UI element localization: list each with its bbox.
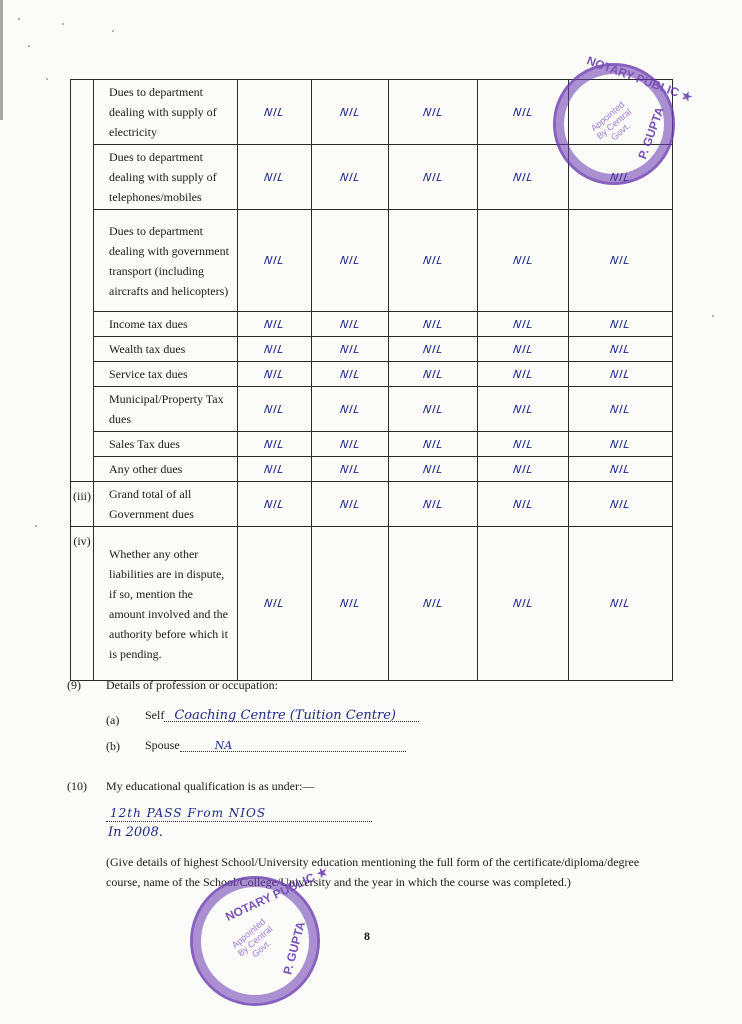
value-cell: NIL: [389, 527, 478, 681]
handwritten-value: NIL: [609, 315, 632, 335]
section-9-title: Details of profession or occupation:: [106, 678, 278, 693]
self-occupation-field: Self Coaching Centre (Tuition Centre): [145, 708, 445, 724]
value-cell: NIL: [569, 337, 673, 362]
value-cell: NIL: [312, 80, 389, 145]
value-cell: NIL: [478, 387, 569, 432]
stamp-ring-text: NOTARY PUBLIC ★: [585, 53, 694, 104]
table-row: (iv)Whether any other liabilities are in…: [71, 527, 673, 681]
value-cell: NIL: [238, 362, 312, 387]
row-label: Whether any other liabilities are in dis…: [94, 527, 238, 681]
value-cell: NIL: [389, 457, 478, 482]
handwritten-value: NIL: [338, 460, 361, 480]
value-cell: NIL: [569, 432, 673, 457]
row-label: Dues to department dealing with supply o…: [94, 145, 238, 210]
scan-speck: [35, 525, 37, 527]
value-cell: NIL: [389, 210, 478, 312]
value-cell: NIL: [238, 80, 312, 145]
handwritten-value: NIL: [511, 315, 534, 335]
handwritten-value: NIL: [511, 495, 534, 515]
handwritten-value: NIL: [421, 315, 444, 335]
notary-stamp-top: NOTARY PUBLIC ★ P. GUPTA AppointedBy Cen…: [553, 63, 675, 185]
value-cell: NIL: [389, 387, 478, 432]
table-row: Any other duesNILNILNILNILNIL: [71, 457, 673, 482]
scan-edge: [0, 0, 3, 120]
self-field-label: Self: [145, 708, 164, 722]
value-cell: NIL: [478, 210, 569, 312]
value-cell: NIL: [389, 362, 478, 387]
handwritten-value: NIL: [338, 400, 361, 420]
value-cell: NIL: [238, 482, 312, 527]
handwritten-value: NIL: [338, 365, 361, 385]
handwritten-value: NIL: [511, 103, 534, 123]
value-cell: NIL: [389, 145, 478, 210]
handwritten-value: NIL: [511, 340, 534, 360]
handwritten-value: NIL: [338, 168, 361, 188]
value-cell: NIL: [312, 457, 389, 482]
section-9b-label: (b): [106, 739, 120, 754]
value-cell: NIL: [238, 432, 312, 457]
handwritten-value: NIL: [263, 103, 286, 123]
scan-speck: [712, 315, 714, 317]
value-cell: NIL: [312, 362, 389, 387]
row-number-cell: [71, 80, 94, 482]
qualification-year: In 2008.: [108, 825, 163, 840]
row-number-cell: (iii): [71, 482, 94, 527]
handwritten-value: NIL: [338, 340, 361, 360]
value-cell: NIL: [389, 80, 478, 145]
value-cell: NIL: [238, 527, 312, 681]
value-cell: NIL: [312, 527, 389, 681]
table-row: Municipal/Property Tax duesNILNILNILNILN…: [71, 387, 673, 432]
value-cell: NIL: [569, 312, 673, 337]
value-cell: NIL: [389, 482, 478, 527]
value-cell: NIL: [238, 312, 312, 337]
handwritten-value: NIL: [421, 400, 444, 420]
handwritten-value: NIL: [511, 365, 534, 385]
table-row: (iii)Grand total of all Government duesN…: [71, 482, 673, 527]
value-cell: NIL: [238, 145, 312, 210]
value-cell: NIL: [312, 337, 389, 362]
value-cell: NIL: [312, 210, 389, 312]
handwritten-value: NIL: [338, 495, 361, 515]
value-cell: NIL: [312, 145, 389, 210]
row-number-cell: (iv): [71, 527, 94, 681]
handwritten-value: NIL: [609, 251, 632, 271]
handwritten-value: NIL: [263, 594, 286, 614]
value-cell: NIL: [569, 457, 673, 482]
table-row: Income tax duesNILNILNILNILNIL: [71, 312, 673, 337]
value-cell: NIL: [478, 432, 569, 457]
handwritten-value: NIL: [263, 365, 286, 385]
value-cell: NIL: [238, 387, 312, 432]
handwritten-value: NIL: [263, 495, 286, 515]
table-row: Dues to department dealing with governme…: [71, 210, 673, 312]
handwritten-value: NIL: [263, 251, 286, 271]
value-cell: NIL: [569, 527, 673, 681]
value-cell: NIL: [569, 482, 673, 527]
handwritten-value: NIL: [263, 315, 286, 335]
self-occupation-value: Coaching Centre (Tuition Centre): [174, 708, 396, 723]
handwritten-value: NIL: [263, 340, 286, 360]
handwritten-value: NIL: [263, 400, 286, 420]
handwritten-value: NIL: [511, 435, 534, 455]
handwritten-value: NIL: [511, 460, 534, 480]
value-cell: NIL: [389, 312, 478, 337]
handwritten-value: NIL: [609, 435, 632, 455]
value-cell: NIL: [389, 432, 478, 457]
handwritten-value: NIL: [338, 435, 361, 455]
handwritten-value: NIL: [421, 103, 444, 123]
handwritten-value: NIL: [511, 400, 534, 420]
spouse-field-label: Spouse: [145, 738, 180, 752]
handwritten-value: NIL: [609, 495, 632, 515]
page-number: 8: [364, 929, 370, 944]
value-cell: NIL: [238, 457, 312, 482]
value-cell: NIL: [238, 210, 312, 312]
value-cell: NIL: [478, 527, 569, 681]
handwritten-value: NIL: [263, 168, 286, 188]
handwritten-value: NIL: [421, 460, 444, 480]
value-cell: NIL: [312, 432, 389, 457]
value-cell: NIL: [312, 387, 389, 432]
handwritten-value: NIL: [421, 168, 444, 188]
handwritten-value: NIL: [609, 340, 632, 360]
notary-stamp-bottom: NOTARY PUBLIC ★ P. GUPTA AppointedBy Cen…: [190, 876, 320, 1006]
spouse-occupation-value: NA: [215, 739, 233, 752]
table-row: Sales Tax duesNILNILNILNILNIL: [71, 432, 673, 457]
table-row: Wealth tax duesNILNILNILNILNIL: [71, 337, 673, 362]
handwritten-value: NIL: [609, 594, 632, 614]
handwritten-value: NIL: [511, 251, 534, 271]
handwritten-value: NIL: [609, 460, 632, 480]
value-cell: NIL: [238, 337, 312, 362]
value-cell: NIL: [569, 387, 673, 432]
stamp-ring-name: P. GUPTA: [280, 920, 308, 976]
value-cell: NIL: [478, 457, 569, 482]
value-cell: NIL: [312, 312, 389, 337]
spouse-occupation-field: Spouse NA: [145, 738, 445, 754]
handwritten-value: NIL: [338, 315, 361, 335]
scan-speck: [112, 30, 114, 32]
value-cell: NIL: [478, 312, 569, 337]
stamp-ring-name: P. GUPTA: [635, 105, 667, 161]
handwritten-value: NIL: [609, 365, 632, 385]
handwritten-value: NIL: [263, 460, 286, 480]
handwritten-value: NIL: [511, 168, 534, 188]
qualification-line-2: In 2008.: [108, 825, 163, 840]
section-9-number: (9): [67, 678, 81, 693]
handwritten-value: NIL: [421, 594, 444, 614]
handwritten-value: NIL: [338, 251, 361, 271]
handwritten-value: NIL: [338, 594, 361, 614]
row-label: Any other dues: [94, 457, 238, 482]
section-10-title: My educational qualification is as under…: [106, 779, 314, 794]
row-label: Income tax dues: [94, 312, 238, 337]
value-cell: NIL: [312, 482, 389, 527]
value-cell: NIL: [569, 210, 673, 312]
row-label: Service tax dues: [94, 362, 238, 387]
row-label: Grand total of all Government dues: [94, 482, 238, 527]
scan-speck: [62, 23, 64, 25]
stamp-inner-text: AppointedBy CentralGovt.: [229, 916, 280, 966]
row-label: Dues to department dealing with governme…: [94, 210, 238, 312]
row-label: Dues to department dealing with supply o…: [94, 80, 238, 145]
value-cell: NIL: [478, 482, 569, 527]
qualification-value: 12th PASS From NIOS: [110, 806, 266, 820]
handwritten-value: NIL: [421, 495, 444, 515]
stamp-inner-text: AppointedBy CentralGovt.: [588, 99, 639, 149]
handwritten-value: NIL: [511, 594, 534, 614]
scan-speck: [18, 18, 20, 20]
qualification-line-1: 12th PASS From NIOS: [106, 806, 372, 822]
handwritten-value: NIL: [338, 103, 361, 123]
handwritten-value: NIL: [421, 340, 444, 360]
handwritten-value: NIL: [263, 435, 286, 455]
row-label: Municipal/Property Tax dues: [94, 387, 238, 432]
value-cell: NIL: [478, 337, 569, 362]
handwritten-value: NIL: [421, 251, 444, 271]
section-10-number: (10): [67, 779, 87, 794]
row-label: Wealth tax dues: [94, 337, 238, 362]
value-cell: NIL: [478, 362, 569, 387]
section-9a-label: (a): [106, 713, 119, 728]
scan-speck: [46, 78, 48, 80]
scan-speck: [28, 45, 30, 47]
value-cell: NIL: [569, 362, 673, 387]
handwritten-value: NIL: [421, 435, 444, 455]
qualification-instructions: (Give details of highest School/Universi…: [106, 852, 666, 892]
handwritten-value: NIL: [609, 400, 632, 420]
handwritten-value: NIL: [421, 365, 444, 385]
table-row: Service tax duesNILNILNILNILNIL: [71, 362, 673, 387]
row-label: Sales Tax dues: [94, 432, 238, 457]
value-cell: NIL: [478, 145, 569, 210]
value-cell: NIL: [389, 337, 478, 362]
